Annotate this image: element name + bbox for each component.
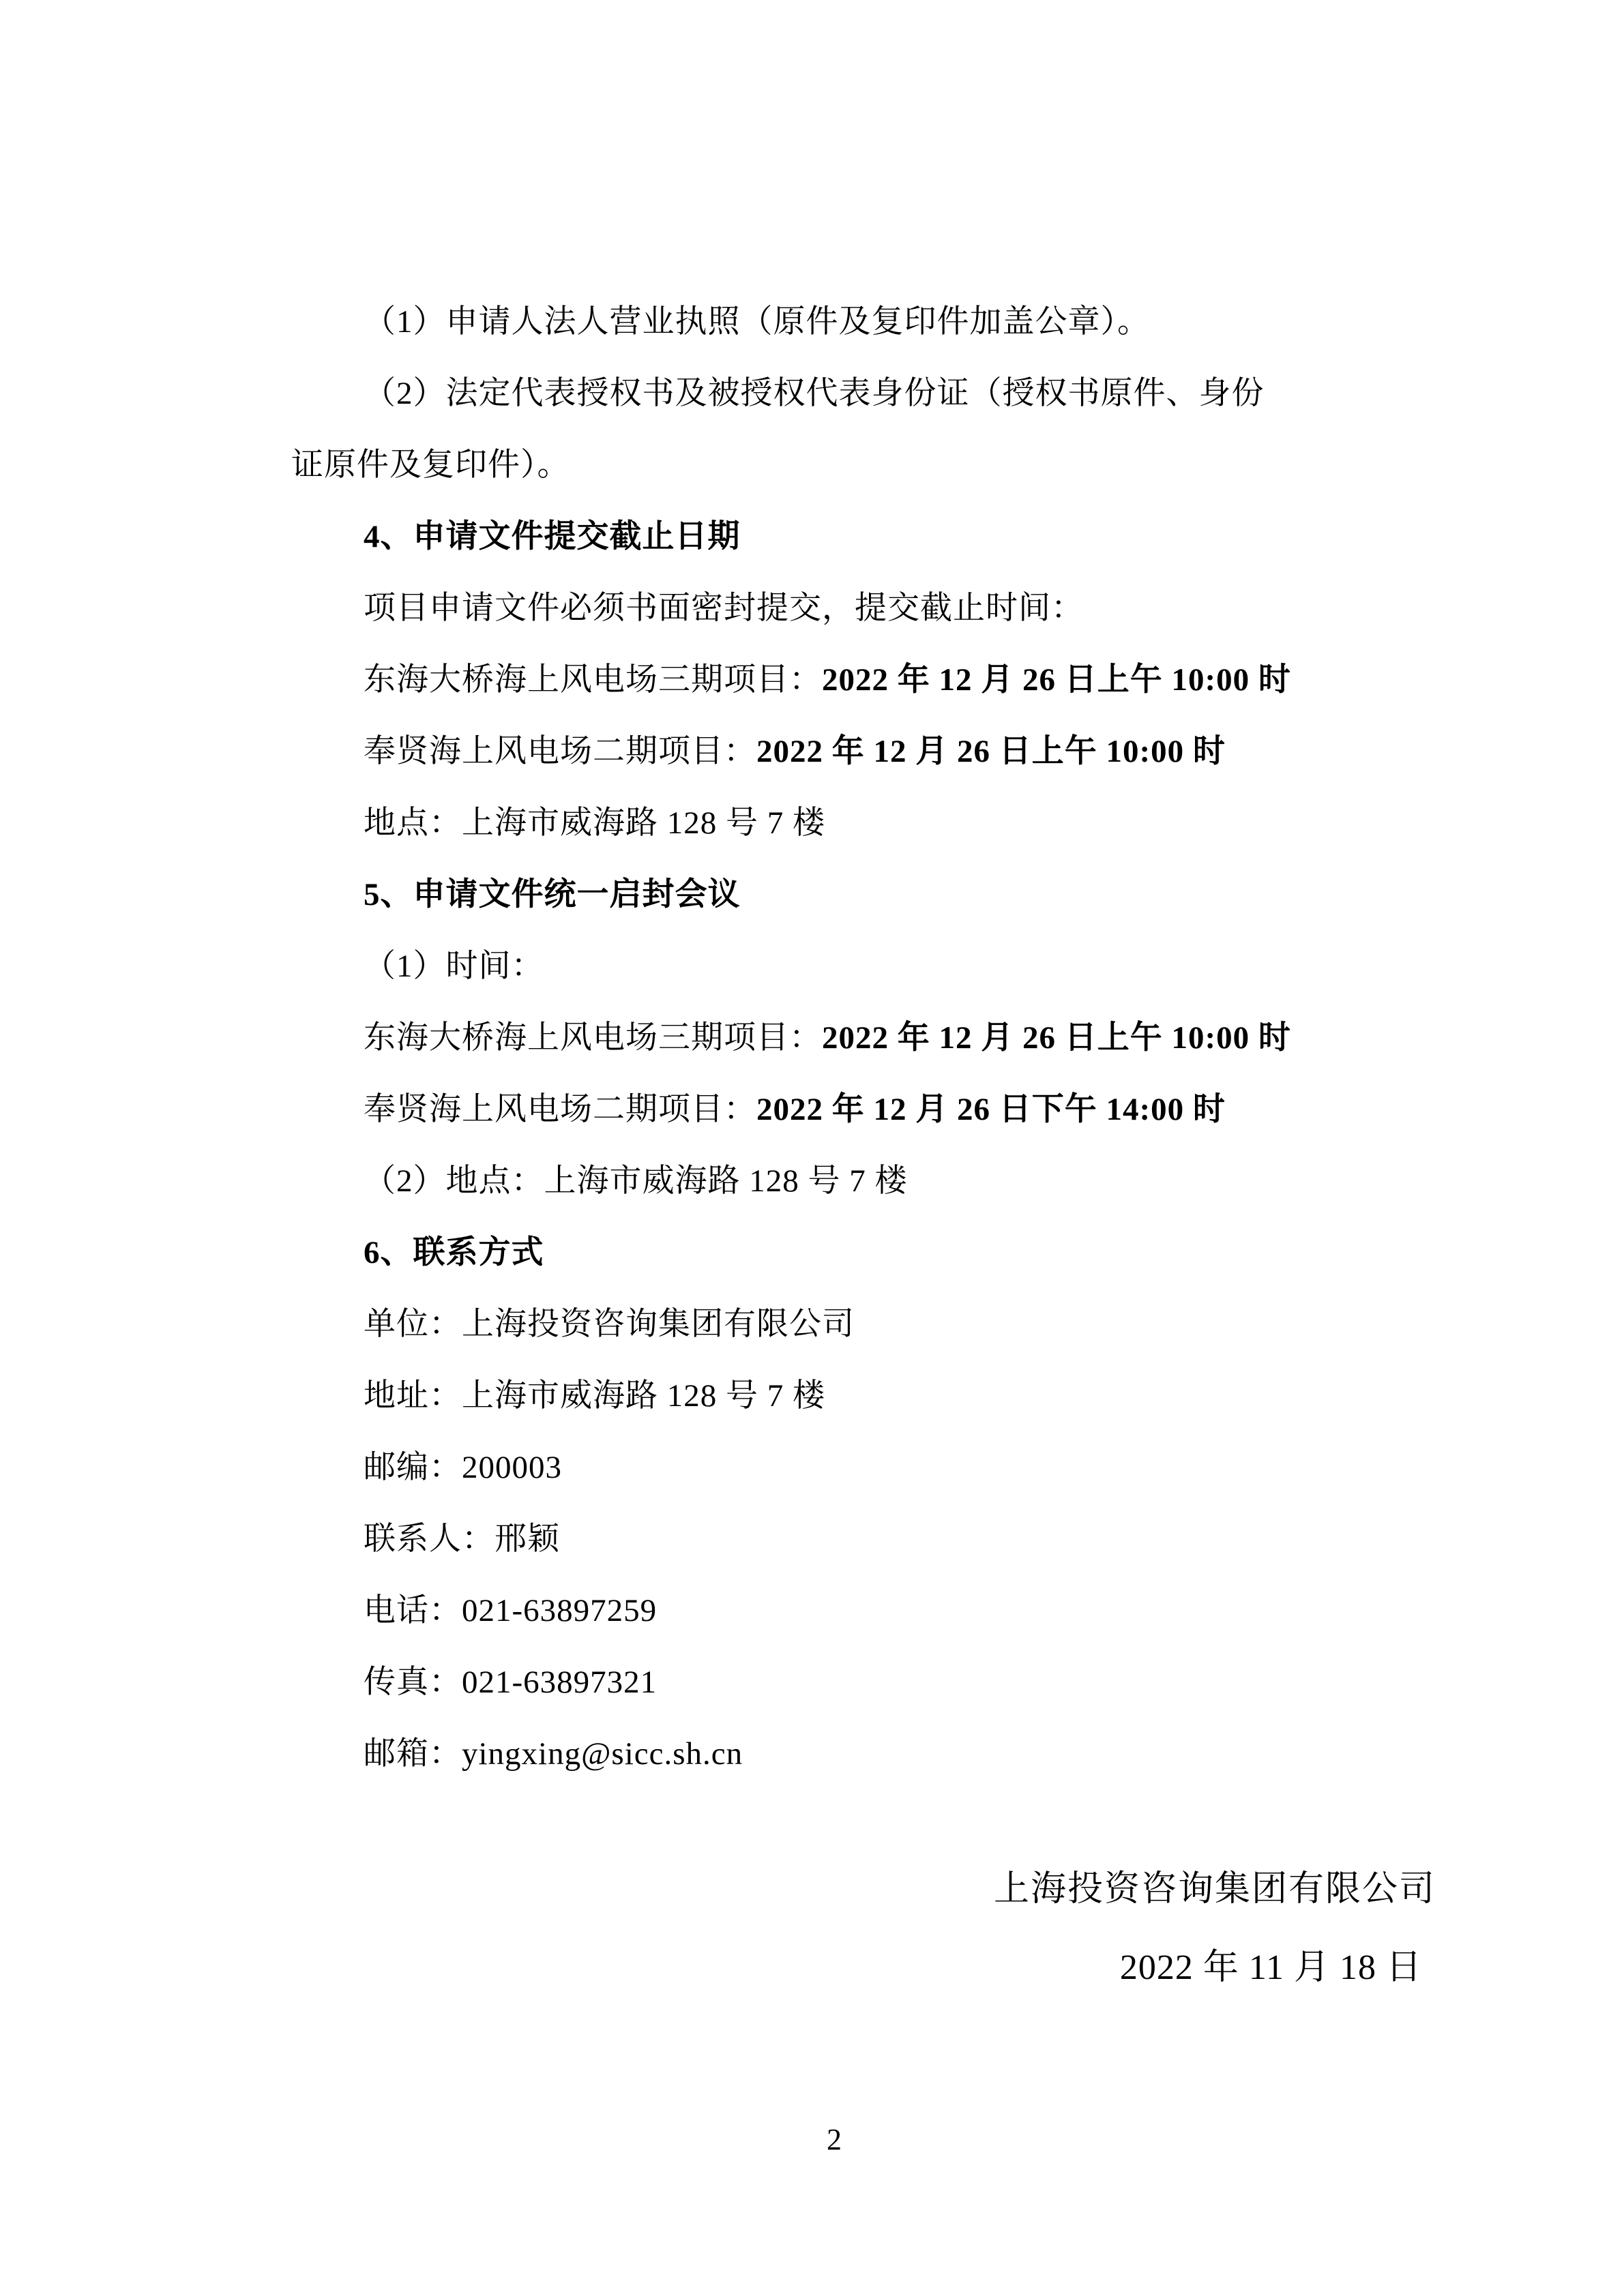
text-segment: 邮编：200003 (364, 1450, 562, 1485)
text-segment: 东海大桥海上风电场三期项目： (364, 662, 822, 698)
document-line: （1）时间： (291, 931, 1505, 1002)
text-segment: 2022 年 12 月 26 日上午 10:00 时 (822, 662, 1291, 698)
text-segment: 地址：上海市威海路 128 号 7 楼 (364, 1378, 825, 1414)
document-line: 证原件及复印件）。 (291, 430, 1505, 501)
document-line: 邮编：200003 (291, 1432, 1505, 1504)
document-line: （2）地点：上海市威海路 128 号 7 楼 (291, 1146, 1505, 1217)
text-segment: 电话：021-63897259 (364, 1593, 657, 1628)
text-segment: 奉贤海上风电场二期项目： (364, 734, 756, 769)
text-segment: 传真：021-63897321 (364, 1665, 657, 1700)
document-line: （2）法定代表授权书及被授权代表身份证（授权书原件、身份 (291, 358, 1505, 430)
document-line: 地址：上海市威海路 128 号 7 楼 (291, 1360, 1505, 1432)
text-segment: 4、申请文件提交截止日期 (364, 519, 741, 554)
text-segment: 2022 年 12 月 26 日上午 10:00 时 (756, 734, 1226, 769)
document-page: （1）申请人法人营业执照（原件及复印件加盖公章）。（2）法定代表授权书及被授权代… (0, 0, 1624, 2296)
document-line: 传真：021-63897321 (291, 1647, 1505, 1718)
text-segment: （2）法定代表授权书及被授权代表身份证（授权书原件、身份 (364, 376, 1265, 411)
text-segment: 2022 年 12 月 26 日下午 14:00 时 (756, 1092, 1226, 1127)
signature-date: 2022 年 11 月 18 日 (1120, 1932, 1422, 2003)
document-line: 电话：021-63897259 (291, 1575, 1505, 1647)
text-segment: （1）时间： (364, 949, 544, 984)
text-segment: 5、申请文件统一启封会议 (364, 877, 741, 912)
document-line: 奉贤海上风电场二期项目：2022 年 12 月 26 日下午 14:00 时 (291, 1074, 1505, 1146)
signature-company: 上海投资咨询集团有限公司 (994, 1853, 1436, 1925)
text-segment: （1）申请人法人营业执照（原件及复印件加盖公章）。 (364, 304, 1150, 340)
text-segment: 证原件及复印件）。 (291, 447, 570, 483)
text-segment: （2）地点：上海市威海路 128 号 7 楼 (364, 1163, 908, 1199)
document-line: 东海大桥海上风电场三期项目：2022 年 12 月 26 日上午 10:00 时 (291, 1002, 1505, 1074)
text-segment: 6、联系方式 (364, 1235, 544, 1270)
document-line: （1）申请人法人营业执照（原件及复印件加盖公章）。 (291, 286, 1505, 358)
text-segment: 地点：上海市威海路 128 号 7 楼 (364, 805, 825, 841)
text-segment: 联系人：邢颖 (364, 1521, 560, 1557)
text-segment: 2022 年 12 月 26 日上午 10:00 时 (822, 1020, 1291, 1056)
document-line: 4、申请文件提交截止日期 (291, 501, 1505, 573)
document-line: 奉贤海上风电场二期项目：2022 年 12 月 26 日上午 10:00 时 (291, 716, 1505, 788)
document-body: （1）申请人法人营业执照（原件及复印件加盖公章）。（2）法定代表授权书及被授权代… (291, 286, 1505, 1790)
document-line: 东海大桥海上风电场三期项目：2022 年 12 月 26 日上午 10:00 时 (291, 644, 1505, 716)
document-line: 地点：上海市威海路 128 号 7 楼 (291, 788, 1505, 859)
page-number: 2 (827, 2119, 842, 2160)
document-line: 单位：上海投资咨询集团有限公司 (291, 1289, 1505, 1360)
document-line: 项目申请文件必须书面密封提交，提交截止时间： (291, 573, 1505, 644)
text-segment: 项目申请文件必须书面密封提交，提交截止时间： (364, 591, 1084, 626)
document-line: 5、申请文件统一启封会议 (291, 859, 1505, 931)
document-line: 联系人：邢颖 (291, 1504, 1505, 1575)
text-segment: 邮箱：yingxing@sicc.sh.cn (364, 1736, 743, 1772)
text-segment: 奉贤海上风电场二期项目： (364, 1092, 756, 1127)
text-segment: 东海大桥海上风电场三期项目： (364, 1020, 822, 1056)
text-segment: 单位：上海投资咨询集团有限公司 (364, 1307, 855, 1342)
document-line: 邮箱：yingxing@sicc.sh.cn (291, 1718, 1505, 1790)
document-line: 6、联系方式 (291, 1217, 1505, 1289)
